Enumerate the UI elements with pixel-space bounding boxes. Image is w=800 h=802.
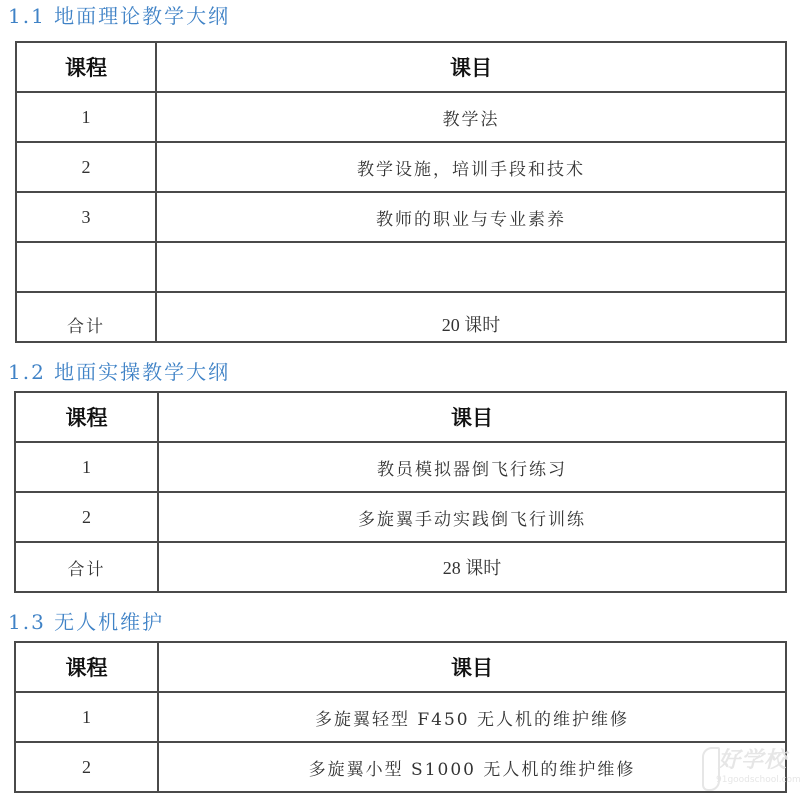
table-row: 2 教学设施，培训手段和技术 [16, 142, 786, 192]
header-subject: 课目 [158, 642, 786, 692]
course-number: 2 [15, 492, 158, 542]
total-label: 合计 [16, 292, 156, 342]
watermark-text: 好学校 [718, 743, 787, 774]
section-heading-ground-practice: 1.2 地面实操教学大纲 [8, 360, 230, 384]
total-label: 合计 [15, 542, 158, 592]
header-subject: 课目 [156, 42, 786, 92]
course-subject: 教员模拟器倒飞行练习 [158, 442, 786, 492]
course-number: 1 [15, 692, 158, 742]
total-hours: 28 课时 [158, 542, 786, 592]
ground-practice-syllabus-table: 课程 课目 1 教员模拟器倒飞行练习 2 多旋翼手动实践倒飞行训练 合计 28 … [14, 391, 787, 593]
course-number [16, 242, 156, 292]
course-subject [156, 242, 786, 292]
watermark-url: 91goodschool.com [716, 775, 800, 785]
course-number: 3 [16, 192, 156, 242]
total-row: 合计 20 课时 [16, 292, 786, 342]
header-subject: 课目 [158, 392, 786, 442]
table-row: 1 教学法 [16, 92, 786, 142]
course-subject: 教学法 [156, 92, 786, 142]
table-row: 2 多旋翼手动实践倒飞行训练 [15, 492, 786, 542]
course-number: 2 [16, 142, 156, 192]
drone-maintenance-syllabus-table: 课程 课目 1 多旋翼轻型 F450 无人机的维护维修 2 多旋翼小型 S100… [14, 641, 787, 793]
course-number: 2 [15, 742, 158, 792]
total-hours: 20 课时 [156, 292, 786, 342]
total-row: 合计 28 课时 [15, 542, 786, 592]
course-subject: 教师的职业与专业素养 [156, 192, 786, 242]
course-subject: 多旋翼小型 S1000 无人机的维护维修 [158, 742, 786, 792]
table-row-empty [16, 242, 786, 292]
header-course: 课程 [15, 392, 158, 442]
table-row: 3 教师的职业与专业素养 [16, 192, 786, 242]
course-number: 1 [15, 442, 158, 492]
table-row: 1 教员模拟器倒飞行练习 [15, 442, 786, 492]
course-subject: 教学设施，培训手段和技术 [156, 142, 786, 192]
course-subject: 多旋翼手动实践倒飞行训练 [158, 492, 786, 542]
course-number: 1 [16, 92, 156, 142]
section-heading-ground-theory: 1.1 地面理论教学大纲 [8, 4, 230, 28]
section-heading-drone-maintenance: 1.3 无人机维护 [8, 610, 164, 634]
header-course: 课程 [16, 42, 156, 92]
table-header-row: 课程 课目 [15, 642, 786, 692]
watermark: 好学校 91goodschool.com [702, 743, 798, 793]
header-course: 课程 [15, 642, 158, 692]
table-row: 2 多旋翼小型 S1000 无人机的维护维修 [15, 742, 786, 792]
course-subject: 多旋翼轻型 F450 无人机的维护维修 [158, 692, 786, 742]
ground-theory-syllabus-table: 课程 课目 1 教学法 2 教学设施，培训手段和技术 3 教师的职业与专业素养 … [15, 41, 787, 343]
table-header-row: 课程 课目 [16, 42, 786, 92]
table-row: 1 多旋翼轻型 F450 无人机的维护维修 [15, 692, 786, 742]
table-header-row: 课程 课目 [15, 392, 786, 442]
